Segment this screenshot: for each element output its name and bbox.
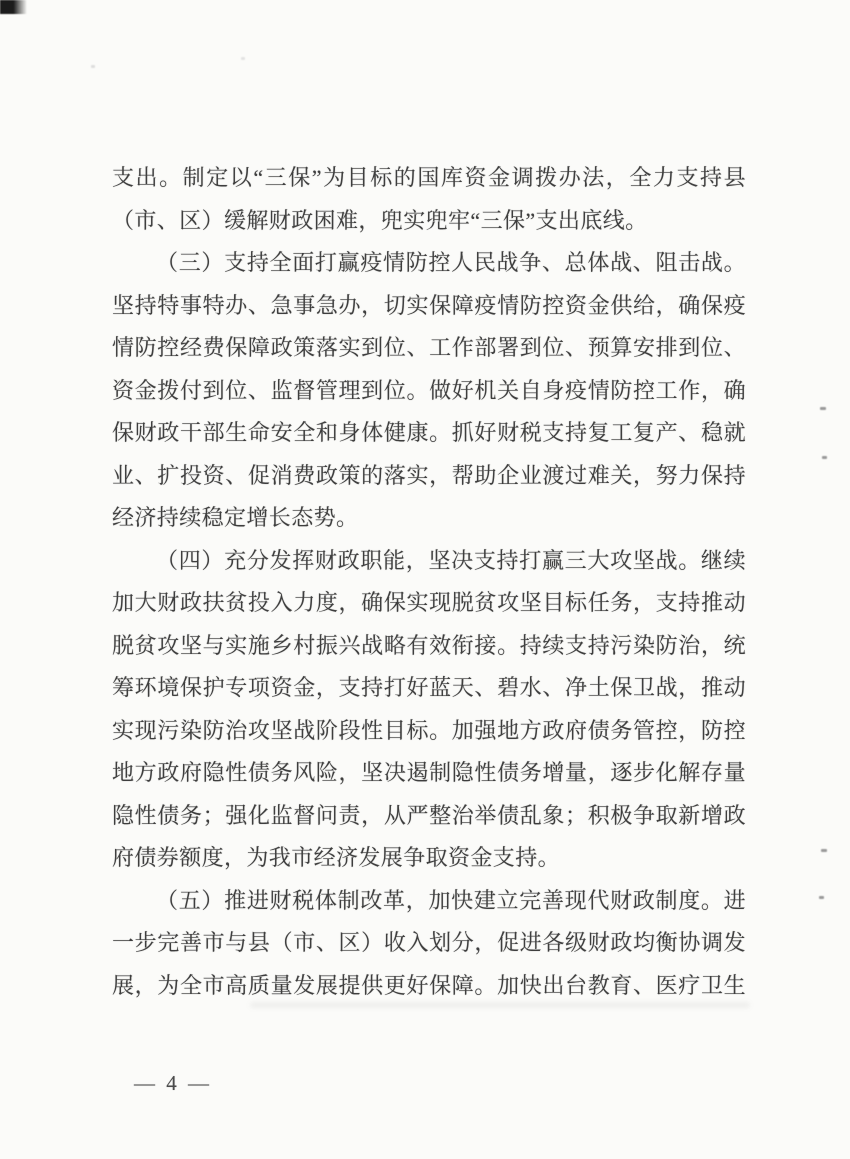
scanned-document-page: 支出。制定以“三保”为目标的国库资金调拨办法，全力支持县（市、区）缓解财政困难，… <box>0 0 850 1159</box>
text-line-8: 业、扩投资、促消费政策的落实，帮助企业渡过难关，努力保持 <box>112 455 746 498</box>
text-line-18: （五）推进财税体制改革，加快建立完善现代财政制度。进 <box>112 880 746 923</box>
scan-speck <box>819 896 824 899</box>
text-line-2: （市、区）缓解财政困难，兜实兜牢“三保”支出底线。 <box>112 200 746 243</box>
scan-corner-artifact <box>0 0 27 14</box>
text-line-20: 展，为全市高质量发展提供更好保障。加快出台教育、医疗卫生 <box>112 965 746 1008</box>
text-line-10: （四）充分发挥财政职能，坚决支持打赢三大攻坚战。继续 <box>112 540 746 583</box>
text-line-13: 筹环境保护专项资金，支持打好蓝天、碧水、净土保卫战，推动 <box>112 667 746 710</box>
text-line-12: 脱贫攻坚与实施乡村振兴战略有效衔接。持续支持污染防治，统 <box>112 625 746 668</box>
text-line-3: （三）支持全面打赢疫情防控人民战争、总体战、阻击战。 <box>112 242 746 285</box>
text-line-19: 一步完善市与县（市、区）收入划分，促进各级财政均衡协调发 <box>112 922 746 965</box>
scan-speck <box>822 456 827 459</box>
scan-speck <box>820 407 826 410</box>
document-body: 支出。制定以“三保”为目标的国库资金调拨办法，全力支持县（市、区）缓解财政困难，… <box>112 157 746 1007</box>
text-line-9: 经济持续稳定增长态势。 <box>112 497 746 540</box>
text-line-16: 隐性债务；强化监督问责，从严整治举债乱象；积极争取新增政 <box>112 795 746 838</box>
text-line-4: 坚持特事特办、急事急办，切实保障疫情防控资金供给，确保疫 <box>112 285 746 328</box>
text-line-17: 府债券额度，为我市经济发展争取资金支持。 <box>112 837 746 880</box>
scan-speck <box>91 65 95 68</box>
scan-speck <box>821 849 827 852</box>
text-line-1: 支出。制定以“三保”为目标的国库资金调拨办法，全力支持县 <box>112 157 746 200</box>
text-line-11: 加大财政扶贫投入力度，确保实现脱贫攻坚目标任务，支持推动 <box>112 582 746 625</box>
text-line-6: 资金拨付到位、监督管理到位。做好机关自身疫情防控工作，确 <box>112 370 746 413</box>
text-line-14: 实现污染防治攻坚战阶段性目标。加强地方政府债务管控，防控 <box>112 710 746 753</box>
text-line-15: 地方政府隐性债务风险，坚决遏制隐性债务增量，逐步化解存量 <box>112 752 746 795</box>
page-number: — 4 — <box>134 1071 212 1096</box>
scan-smudge <box>250 1002 750 1008</box>
scan-speck <box>241 57 245 60</box>
text-line-5: 情防控经费保障政策落实到位、工作部署到位、预算安排到位、 <box>112 327 746 370</box>
text-line-7: 保财政干部生命安全和身体健康。抓好财税支持复工复产、稳就 <box>112 412 746 455</box>
